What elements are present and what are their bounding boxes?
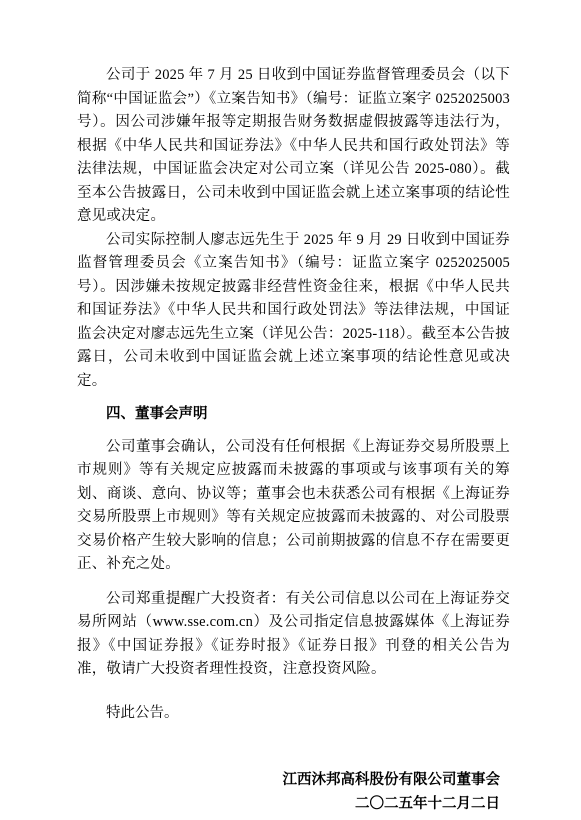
signature-block: 江西沐邦高科股份有限公司董事会 二〇二五年十二月二日 bbox=[77, 769, 510, 816]
para-csrc-company-case: 公司于 2025 年 7 月 25 日收到中国证券监督管理委员会（以下简称“中国… bbox=[77, 64, 510, 229]
para-board-confirmation: 公司董事会确认，公司没有任何根据《上海证券交易所股票上市规则》等有关规定应披露而… bbox=[77, 436, 510, 577]
para-csrc-controller-case: 公司实际控制人廖志远先生于 2025 年 9 月 29 日收到中国证券监督管理委… bbox=[77, 229, 510, 394]
para-investor-reminder: 公司郑重提醒广大投资者：有关公司信息以公司在上海证券交易所网站（www.sse.… bbox=[77, 588, 510, 682]
signature-date: 二〇二五年十二月二日 bbox=[77, 793, 500, 817]
signature-company: 江西沐邦高科股份有限公司董事会 bbox=[77, 769, 500, 793]
announcement-page: 公司于 2025 年 7 月 25 日收到中国证券监督管理委员会（以下简称“中国… bbox=[0, 0, 581, 820]
closing-statement: 特此公告。 bbox=[77, 702, 510, 726]
heading-board-statement: 四、董事会声明 bbox=[77, 403, 510, 427]
